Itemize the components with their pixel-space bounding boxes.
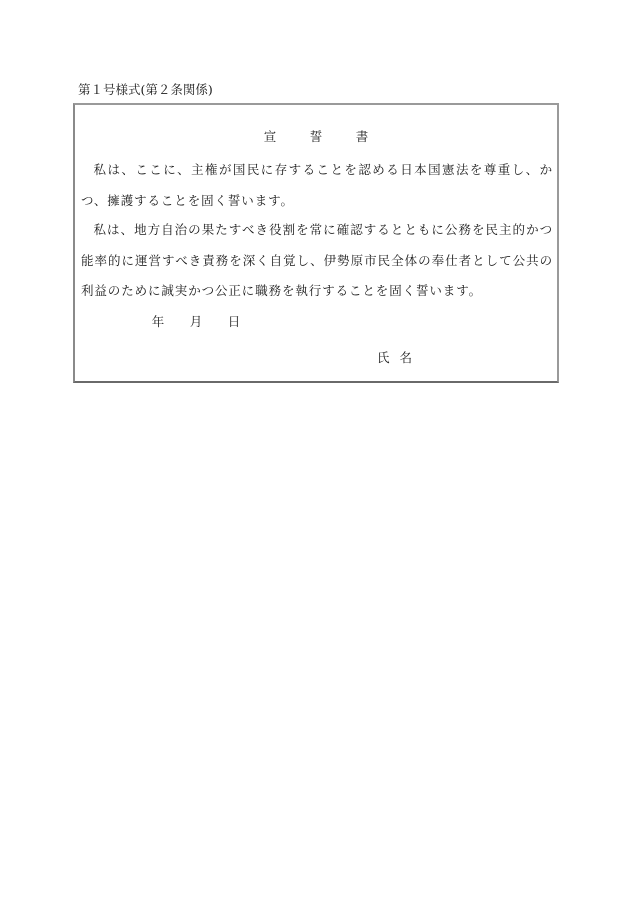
oath-form-box: 宣 誓 書 私は、ここに、主権が国民に存することを認める日本国憲法を尊重し、かつ… — [73, 103, 559, 383]
form-number-label: 第１号様式(第２条関係) — [78, 80, 213, 98]
date-month-label: 月 — [189, 312, 203, 330]
date-field: 年 月 日 — [151, 312, 241, 330]
date-year-label: 年 — [151, 312, 165, 330]
oath-paragraph-duty: 私は、地方自治の果たすべき役割を常に確認するとともに公務を民主的かつ能率的に運営… — [81, 215, 553, 307]
name-label-char: 氏 — [377, 348, 390, 366]
title-char: 誓 — [309, 127, 323, 145]
document-title: 宣 誓 書 — [75, 127, 557, 145]
name-label-char: 名 — [400, 348, 413, 366]
date-day-label: 日 — [227, 312, 241, 330]
name-field: 氏 名 — [377, 348, 412, 366]
oath-paragraph-constitution: 私は、ここに、主権が国民に存することを認める日本国憲法を尊重し、かつ、擁護するこ… — [81, 155, 553, 216]
title-char: 書 — [355, 127, 369, 145]
title-char: 宣 — [263, 127, 277, 145]
